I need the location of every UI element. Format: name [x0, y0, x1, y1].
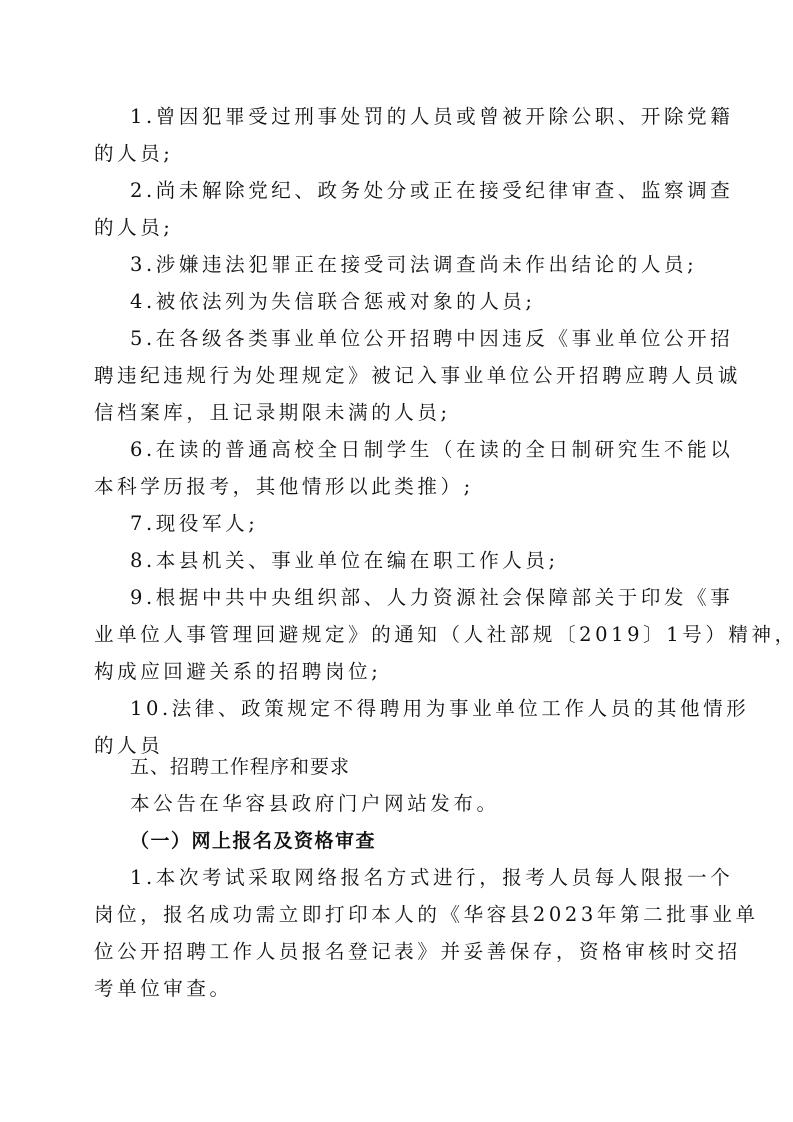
list-item-6-line-1: 6.在读的普通高校全日制学生（在读的全日制研究生不能以 [130, 437, 733, 463]
list-item-8: 8.本县机关、事业单位在编在职工作人员; [130, 548, 559, 574]
list-item-6-line-2: 本科学历报考，其他情形以此类推）; [94, 474, 474, 500]
list-item-9-line-1: 9.根据中共中央组织部、人力资源社会保障部关于印发《事 [130, 585, 733, 611]
announcement-paragraph: 本公告在华容县政府门户网站发布。 [130, 791, 500, 817]
registration-item-1-line-2: 岗位，报名成功需立即打印本人的《华容县2023年第二批事业单 [94, 902, 759, 928]
registration-item-1-line-1: 1.本次考试采取网络报名方式进行，报考人员每人限报一个 [130, 865, 733, 891]
list-item-1-line-1: 1.曾因犯罪受过刑事处罚的人员或曾被开除公职、开除党籍 [130, 104, 733, 130]
subsection-heading-1: （一）网上报名及资格审查 [130, 828, 376, 854]
registration-item-1-line-4: 考单位审查。 [94, 976, 233, 1002]
list-item-4: 4.被依法列为失信联合惩戒对象的人员; [130, 289, 536, 315]
list-item-5-line-3: 信档案库，且记录期限未满的人员; [94, 400, 451, 426]
list-item-3: 3.涉嫌违法犯罪正在接受司法调查尚未作出结论的人员; [130, 252, 697, 278]
registration-item-1-line-3: 位公开招聘工作人员报名登记表》并妥善保存，资格审核时交招 [94, 939, 741, 965]
document-page: 1.曾因犯罪受过刑事处罚的人员或曾被开除公职、开除党籍 的人员; 2.尚未解除党… [0, 0, 793, 1122]
list-item-9-line-2: 业单位人事管理回避规定》的通知（人社部规〔2019〕1号）精神， [94, 622, 793, 648]
list-item-2-line-2: 的人员; [94, 215, 173, 241]
list-item-9-line-3: 构成应回避关系的招聘岗位; [94, 659, 381, 685]
list-item-5-line-2: 聘违纪违规行为处理规定》被记入事业单位公开招聘应聘人员诚 [94, 363, 741, 389]
list-item-10-line-1: 10.法律、政策规定不得聘用为事业单位工作人员的其他情形 [130, 696, 749, 722]
list-item-5-line-1: 5.在各级各类事业单位公开招聘中因违反《事业单位公开招 [130, 326, 733, 352]
list-item-7: 7.现役军人; [130, 511, 258, 537]
list-item-2-line-1: 2.尚未解除党纪、政务处分或正在接受纪律审查、监察调查 [130, 178, 733, 204]
list-item-1-line-2: 的人员; [94, 141, 173, 167]
section-heading-5: 五、招聘工作程序和要求 [130, 754, 350, 780]
